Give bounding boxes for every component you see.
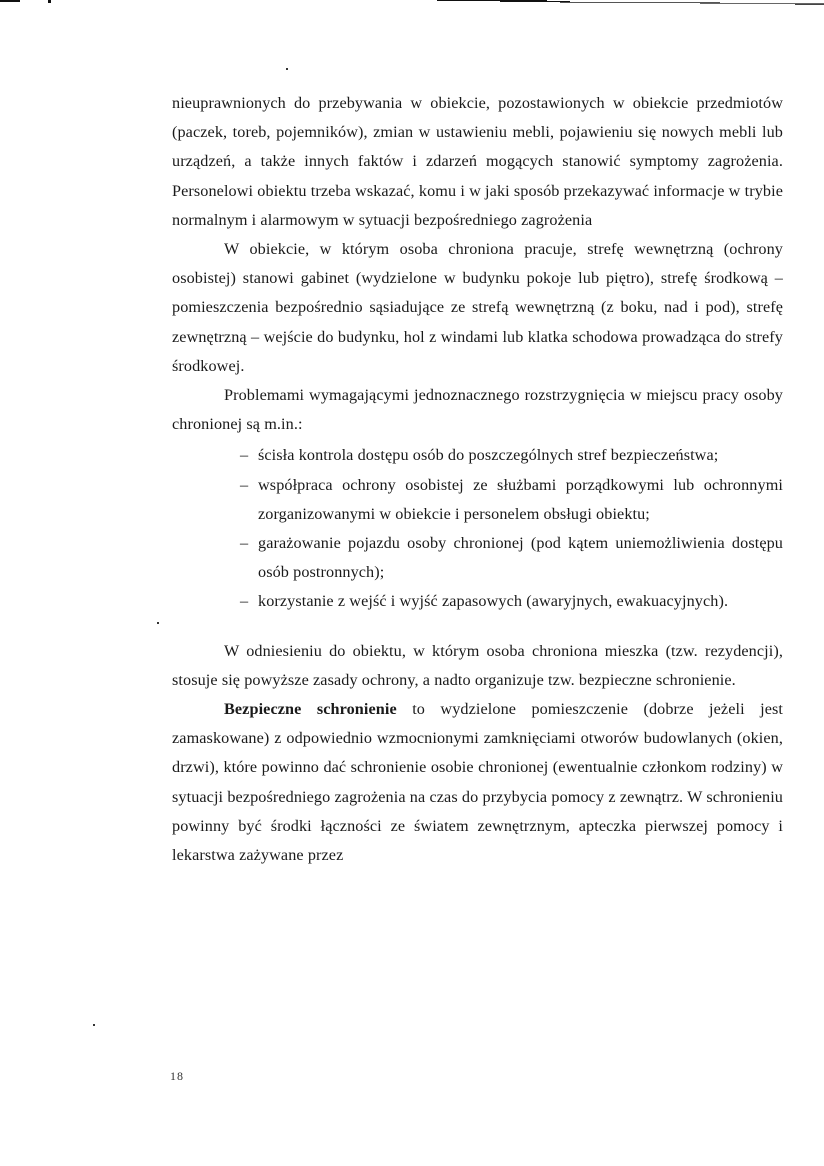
scan-artifact-top-left	[0, 0, 20, 2]
paragraph-continued: nieuprawnionych do przebywania w obiekci…	[172, 89, 783, 235]
list-item: – korzystanie z wejść i wyjść zapasowych…	[240, 587, 783, 616]
dash-bullet-icon: –	[240, 471, 248, 500]
problems-list: – ścisła kontrola dostępu osób do poszcz…	[172, 441, 783, 616]
scan-artifact-dot	[48, 0, 51, 3]
dash-bullet-icon: –	[240, 441, 248, 470]
scan-artifact-top-rule	[795, 4, 824, 5]
document-body: nieuprawnionych do przebywania w obiekci…	[172, 89, 783, 870]
list-item: – ścisła kontrola dostępu osób do poszcz…	[240, 441, 783, 470]
list-item: – garażowanie pojazdu osoby chronionej (…	[240, 529, 783, 587]
paragraph-safe-shelter: Bezpieczne schronienie to wydzielone pom…	[172, 695, 783, 870]
scan-speck	[93, 1024, 95, 1026]
scan-speck	[157, 622, 159, 624]
definition-text: to wydzielone pomieszczenie (dobrze jeże…	[172, 700, 783, 864]
list-item-text: garażowanie pojazdu osoby chronionej (po…	[258, 534, 783, 581]
list-item-text: korzystanie z wejść i wyjść zapasowych (…	[258, 592, 728, 610]
paragraph-residence: W odniesieniu do obiektu, w którym osoba…	[172, 637, 783, 695]
definition-term: Bezpieczne schronienie	[224, 700, 397, 718]
page-number: 18	[170, 1069, 184, 1084]
list-item-text: współpraca ochrony osobistej ze służbami…	[258, 476, 783, 523]
list-item: – współpraca ochrony osobistej ze służba…	[240, 471, 783, 529]
dash-bullet-icon: –	[240, 587, 248, 616]
dash-bullet-icon: –	[240, 529, 248, 558]
paragraph-problems-intro: Problemami wymagającymi jednoznacznego r…	[172, 381, 783, 439]
paragraph-zones: W obiekcie, w którym osoba chroniona pra…	[172, 235, 783, 381]
list-item-text: ścisła kontrola dostępu osób do poszczeg…	[258, 446, 718, 464]
scan-speck	[286, 68, 288, 70]
scan-artifact-top-rule	[560, 2, 720, 3]
